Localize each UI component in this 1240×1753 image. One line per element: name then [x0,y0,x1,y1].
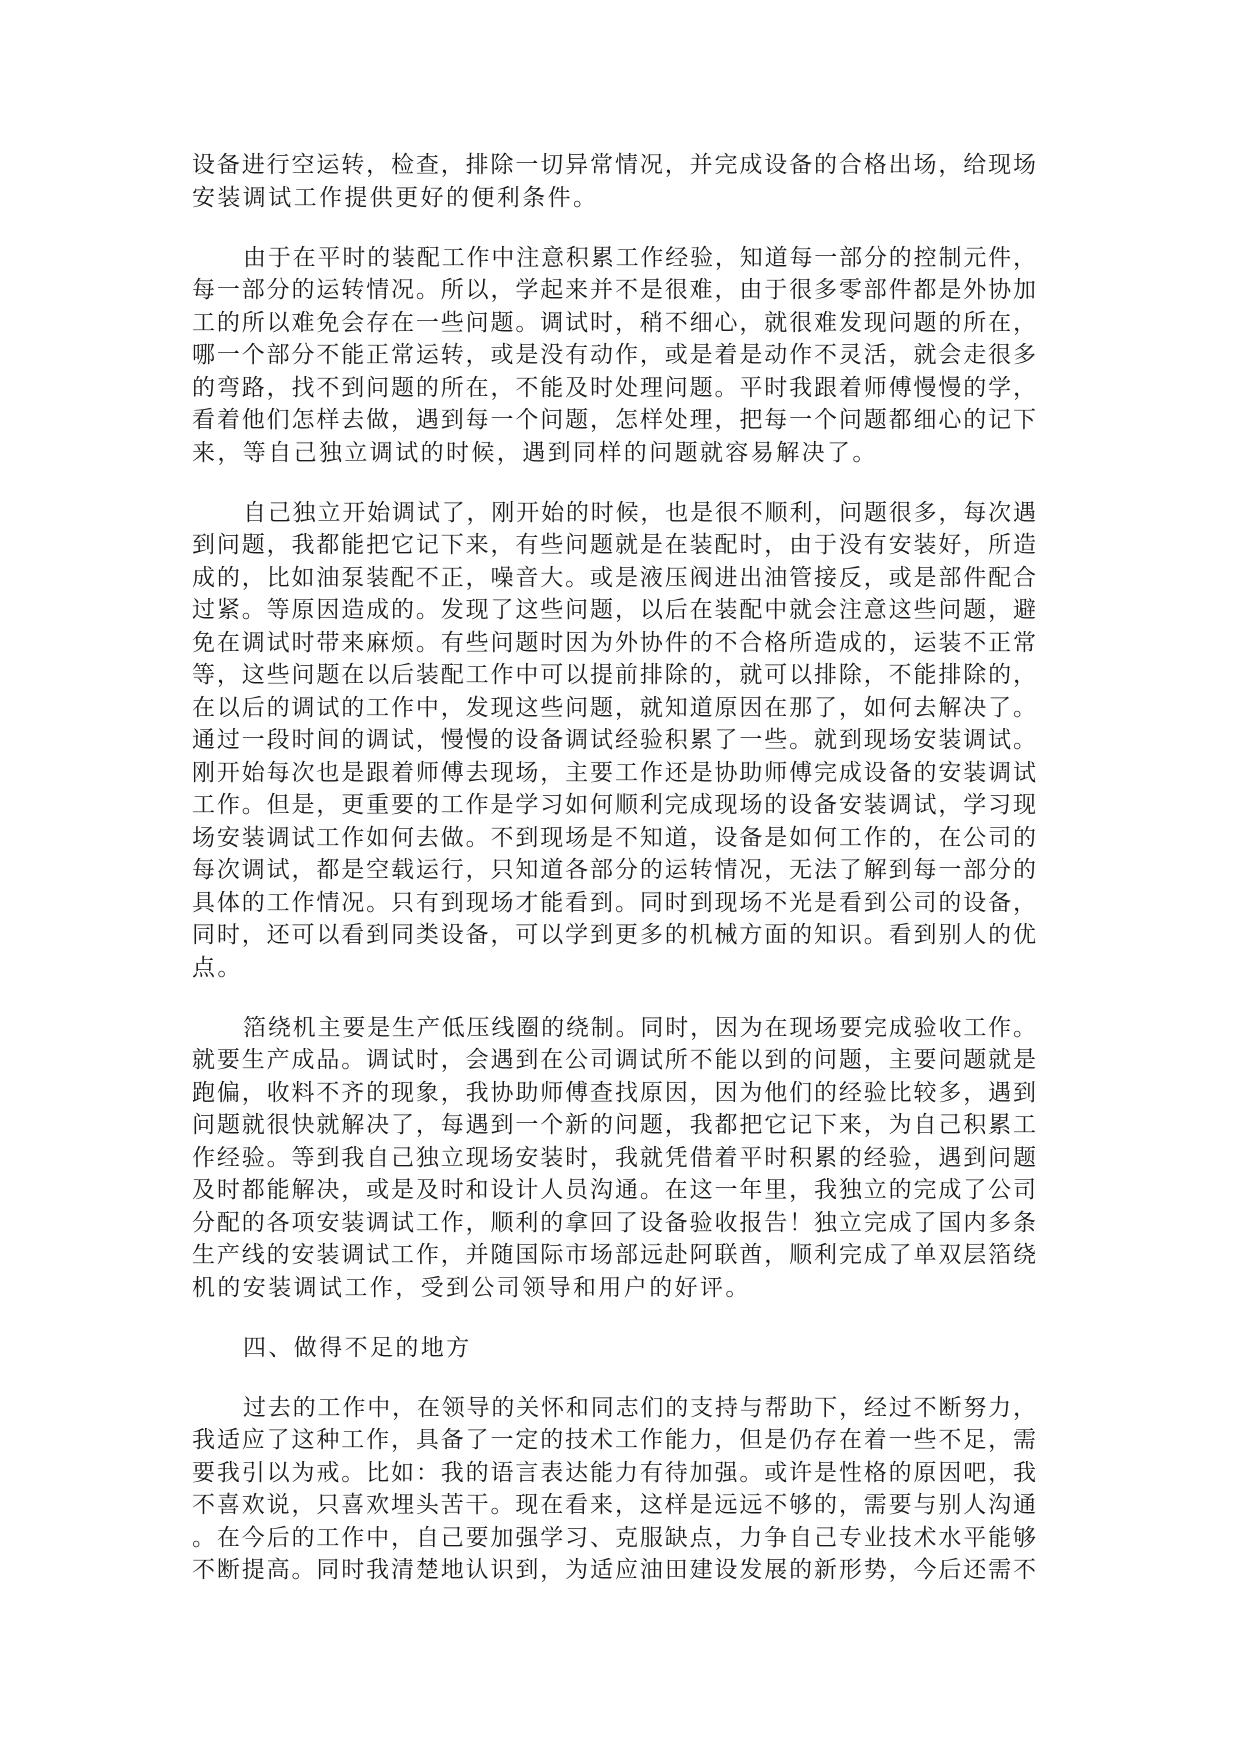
text-line: 来，等自己独立调试的时候，遇到同样的问题就容易解决了。 [192,437,1036,470]
text-line: 生产线的安装调试工作，并随国际市场部远赴阿联酋，顺利完成了单双层箔绕 [192,1239,1036,1272]
text-line: 具体的工作情况。只有到现场才能看到。同时到现场不光是看到公司的设备， [192,887,1036,920]
text-line: 自己独立开始调试了，刚开始的时候，也是很不顺利，问题很多，每次遇 [192,497,1036,530]
text-line: 由于在平时的装配工作中注意积累工作经验，知道每一部分的控制元件， [192,242,1036,275]
section-heading-text: 四、做得不足的地方 [192,1332,1036,1365]
text-line: 安装调试工作提供更好的便利条件。 [192,182,1036,215]
section-heading: 四、做得不足的地方 [192,1332,1036,1365]
text-line: 不断提高。同时我清楚地认识到，为适应油田建设发展的新形势，今后还需不 [192,1554,1036,1587]
text-line: 过去的工作中，在领导的关怀和同志们的支持与帮助下，经过不断努力， [192,1392,1036,1425]
text-line: 分配的各项安装调试工作，顺利的拿回了设备验收报告！独立完成了国内多条 [192,1207,1036,1240]
text-line: 场安装调试工作如何去做。不到现场是不知道，设备是如何工作的，在公司的 [192,822,1036,855]
paragraph-1: 设备进行空运转，检查，排除一切异常情况，并完成设备的合格出场，给现场 安装调试工… [192,149,1036,214]
paragraph-5: 过去的工作中，在领导的关怀和同志们的支持与帮助下，经过不断努力， 我适应了这种工… [192,1392,1036,1587]
text-line: 工的所以难免会存在一些问题。调试时，稍不细心，就很难发现问题的所在， [192,307,1036,340]
text-line: 的弯路，找不到问题的所在，不能及时处理问题。平时我跟着师傅慢慢的学， [192,372,1036,405]
text-line: 成的，比如油泵装配不正，噪音大。或是液压阀进出油管接反，或是部件配合 [192,562,1036,595]
text-line: 在以后的调试的工作中，发现这些问题，就知道原因在那了，如何去解决了。 [192,692,1036,725]
paragraph-3: 自己独立开始调试了，刚开始的时候，也是很不顺利，问题很多，每次遇 到问题，我都能… [192,497,1036,985]
text-line: 箔绕机主要是生产低压线圈的绕制。同时，因为在现场要完成验收工作。 [192,1012,1036,1045]
text-line: 点。 [192,952,1036,985]
text-line: 工作。但是，更重要的工作是学习如何顺利完成现场的设备安装调试，学习现 [192,789,1036,822]
text-line: 我适应了这种工作，具备了一定的技术工作能力，但是仍存在着一些不足，需 [192,1424,1036,1457]
text-line: 要我引以为戒。比如：我的语言表达能力有待加强。或许是性格的原因吧，我 [192,1457,1036,1490]
text-line: 免在调试时带来麻烦。有些问题时因为外协件的不合格所造成的，运装不正常 [192,627,1036,660]
document-page: 设备进行空运转，检查，排除一切异常情况，并完成设备的合格出场，给现场 安装调试工… [192,149,1036,1614]
text-line: 问题就很快就解决了，每遇到一个新的问题，我都把它记下来，为自己积累工 [192,1109,1036,1142]
text-line: 哪一个部分不能正常运转，或是没有动作，或是着是动作不灵活，就会走很多 [192,339,1036,372]
text-line: 不喜欢说，只喜欢埋头苦干。现在看来，这样是远远不够的，需要与别人沟通 [192,1489,1036,1522]
text-line: 同时，还可以看到同类设备，可以学到更多的机械方面的知识。看到别人的优 [192,919,1036,952]
text-line: 及时都能解决，或是及时和设计人员沟通。在这一年里，我独立的完成了公司 [192,1174,1036,1207]
text-line: 通过一段时间的调试，慢慢的设备调试经验积累了一些。就到现场安装调试。 [192,724,1036,757]
text-line: 机的安装调试工作，受到公司领导和用户的好评。 [192,1272,1036,1305]
text-line: 到问题，我都能把它记下来，有些问题就是在装配时，由于没有安装好，所造 [192,529,1036,562]
text-line: 就要生产成品。调试时，会遇到在公司调试所不能以到的问题，主要问题就是 [192,1044,1036,1077]
text-line: 看着他们怎样去做，遇到每一个问题，怎样处理，把每一个问题都细心的记下 [192,404,1036,437]
text-line: 设备进行空运转，检查，排除一切异常情况，并完成设备的合格出场，给现场 [192,149,1036,182]
text-line: 刚开始每次也是跟着师傅去现场，主要工作还是协助师傅完成设备的安装调试 [192,757,1036,790]
text-line: 每次调试，都是空载运行，只知道各部分的运转情况，无法了解到每一部分的 [192,854,1036,887]
paragraph-4: 箔绕机主要是生产低压线圈的绕制。同时，因为在现场要完成验收工作。 就要生产成品。… [192,1012,1036,1305]
text-line: 等，这些问题在以后装配工作中可以提前排除的，就可以排除，不能排除的， [192,659,1036,692]
text-line: 。在今后的工作中，自己要加强学习、克服缺点，力争自己专业技术水平能够 [192,1522,1036,1555]
text-line: 跑偏，收料不齐的现象，我协助师傅查找原因，因为他们的经验比较多，遇到 [192,1077,1036,1110]
text-line: 作经验。等到我自己独立现场安装时，我就凭借着平时积累的经验，遇到问题 [192,1142,1036,1175]
text-line: 过紧。等原因造成的。发现了这些问题，以后在装配中就会注意这些问题，避 [192,594,1036,627]
text-line: 每一部分的运转情况。所以，学起来并不是很难，由于很多零部件都是外协加 [192,274,1036,307]
paragraph-2: 由于在平时的装配工作中注意积累工作经验，知道每一部分的控制元件， 每一部分的运转… [192,242,1036,470]
